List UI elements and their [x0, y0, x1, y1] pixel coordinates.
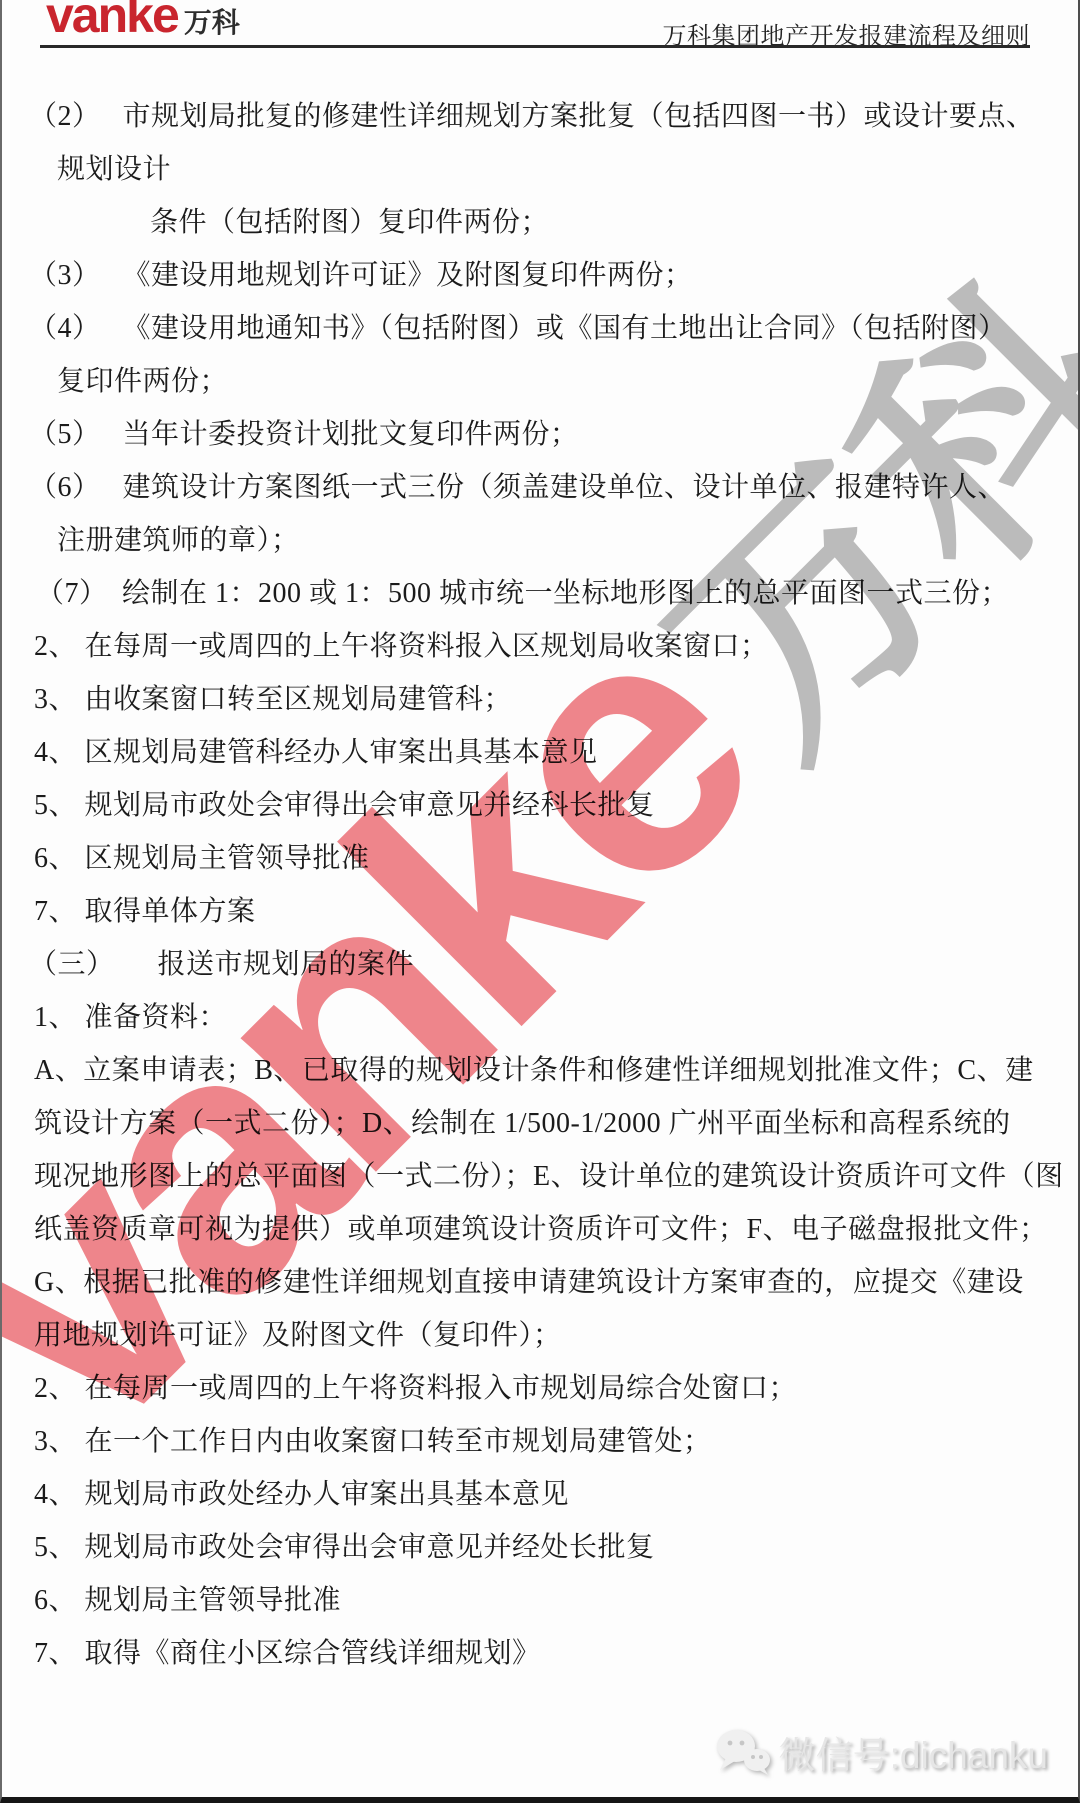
- document-line: 注册建筑师的章）；: [2, 514, 1078, 567]
- vanke-logo: vanke万科: [46, 0, 240, 41]
- document-line: 4、 区规划局建管科经办人审案出具基本意见: [2, 726, 1078, 779]
- document-line: 5、 规划局市政处会审得出会审意见并经科长批复: [2, 779, 1078, 832]
- document-line: （3） 《建设用地规划许可证》及附图复印件两份；: [2, 249, 1078, 302]
- document-line: 5、 规划局市政处会审得出会审意见并经处长批复: [2, 1521, 1078, 1574]
- document-line: 4、 规划局市政处经办人审案出具基本意见: [2, 1468, 1078, 1521]
- document-line: 用地规划许可证》及附图文件（复印件）；: [2, 1309, 1078, 1362]
- header-divider: [40, 45, 1030, 48]
- document-line: 1、 准备资料：: [2, 991, 1078, 1044]
- document-line: 规划设计: [2, 143, 1078, 196]
- document-page: vanke万科 万科集团地产开发报建流程及细则 （2） 市规划局批复的修建性详细…: [0, 0, 1080, 1803]
- document-line: （4） 《建设用地通知书》（包括附图）或《国有土地出让合同》（包括附图）: [2, 302, 1078, 355]
- document-line: 7、 取得单体方案: [2, 885, 1078, 938]
- document-line: 3、 由收案窗口转至区规划局建管科；: [2, 673, 1078, 726]
- document-line: （7） 绘制在 1：200 或 1：500 城市统一坐标地形图上的总平面图一式三…: [2, 567, 1078, 620]
- document-line: （2） 市规划局批复的修建性详细规划方案批复（包括四图一书）或设计要点、: [2, 90, 1078, 143]
- document-line: 条件（包括附图）复印件两份；: [2, 196, 1078, 249]
- document-line: A、立案申请表；B、已取得的规划设计条件和修建性详细规划批准文件；C、建: [2, 1044, 1078, 1097]
- document-line: 现况地形图上的总平面图（一式二份）；E、设计单位的建筑设计资质许可文件（图: [2, 1150, 1078, 1203]
- document-line: 7、 取得《商住小区综合管线详细规划》: [2, 1627, 1078, 1680]
- document-line: 2、 在每周一或周四的上午将资料报入市规划局综合处窗口；: [2, 1362, 1078, 1415]
- vanke-logo-latin: vanke: [46, 0, 178, 43]
- vanke-logo-cjk: 万科: [184, 7, 240, 38]
- page-footer: 微信号:dichanku: [715, 1725, 1048, 1779]
- document-line: （三） 报送市规划局的案件: [2, 938, 1078, 991]
- document-line: 复印件两份；: [2, 355, 1078, 408]
- document-line: 6、 区规划局主管领导批准: [2, 832, 1078, 885]
- document-body: （2） 市规划局批复的修建性详细规划方案批复（包括四图一书）或设计要点、规划设计…: [2, 90, 1078, 1680]
- document-line: 2、 在每周一或周四的上午将资料报入区规划局收案窗口；: [2, 620, 1078, 673]
- document-line: 纸盖资质章可视为提供）或单项建筑设计资质许可文件；F、电子磁盘报批文件；: [2, 1203, 1078, 1256]
- document-line: 筑设计方案（一式二份）；D、绘制在 1/500-1/2000 广州平面坐标和高程…: [2, 1097, 1078, 1150]
- document-line: 6、 规划局主管领导批准: [2, 1574, 1078, 1627]
- document-line: G、根据已批准的修建性详细规划直接申请建筑设计方案审查的，应提交《建设: [2, 1256, 1078, 1309]
- wechat-icon: [715, 1728, 771, 1776]
- wechat-id-label: 微信号:dichanku: [779, 1725, 1048, 1779]
- document-line: （6） 建筑设计方案图纸一式三份（须盖建设单位、设计单位、报建特许人、: [2, 461, 1078, 514]
- document-line: （5） 当年计委投资计划批文复印件两份；: [2, 408, 1078, 461]
- document-line: 3、 在一个工作日内由收案窗口转至市规划局建管处；: [2, 1415, 1078, 1468]
